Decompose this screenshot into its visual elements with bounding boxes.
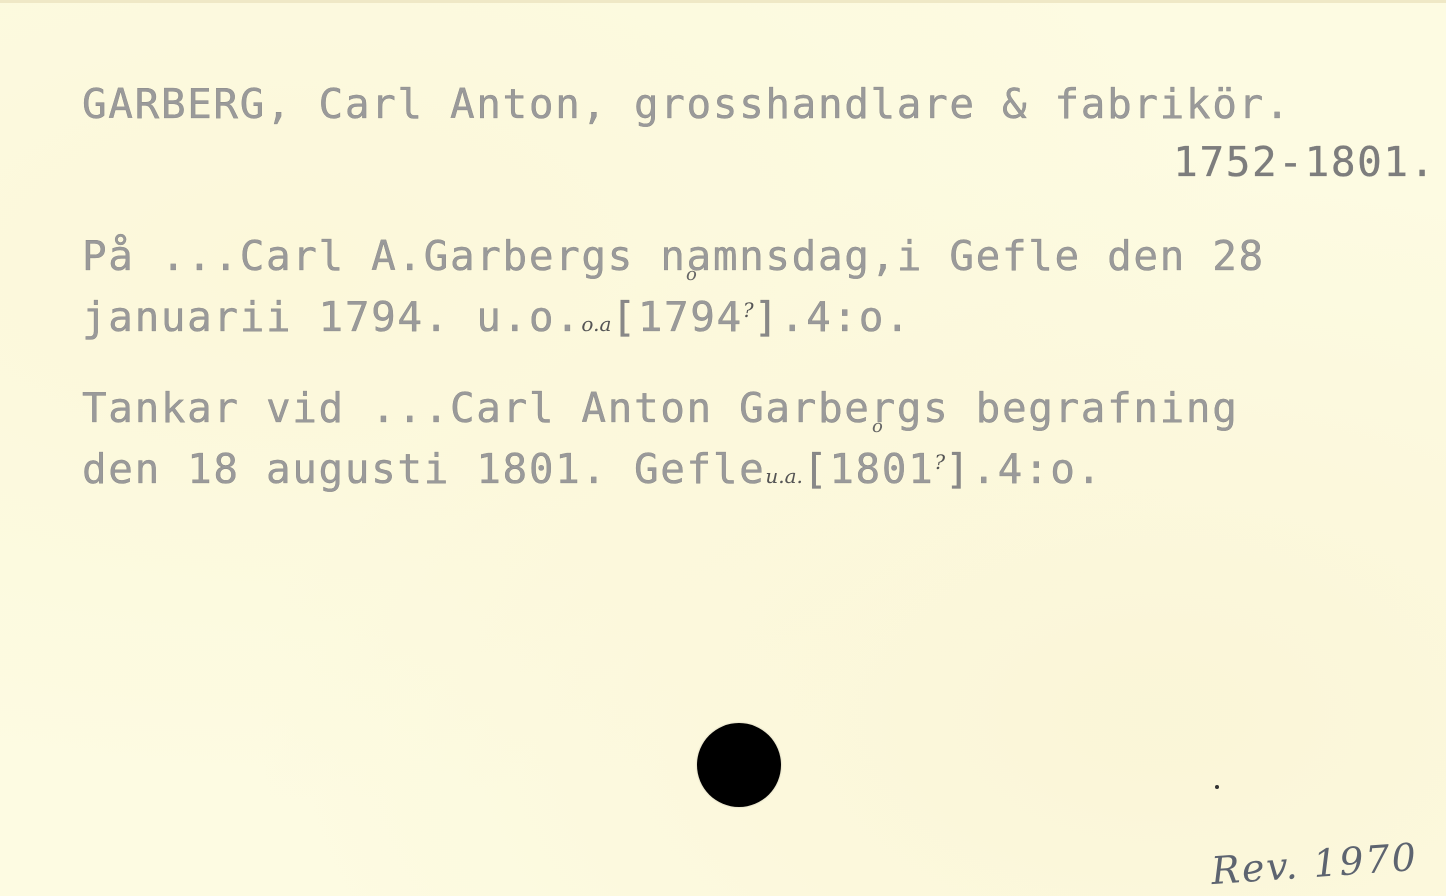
entry-1-line-1: På ...Carl A.Garbergs namnsdag,i Gefle d… — [82, 232, 1265, 280]
catalog-card: GARBERG, Carl Anton, grosshandlare & fab… — [0, 0, 1446, 896]
card-heading: GARBERG, Carl Anton, grosshandlare & fab… — [82, 80, 1291, 128]
entry-2-query-mark: ? — [934, 450, 945, 474]
handwritten-revision-note: Rev. 1970 — [1210, 835, 1420, 893]
entry-2-line-1: Tankar vid ...Carl Anton Garbergs begraf… — [82, 384, 1239, 432]
card-heading-years: 1752-1801. — [1173, 138, 1436, 186]
entry-1-query-mark: ? — [743, 298, 754, 322]
entry-2-line-2-prefix: den 18 augusti 1801. Gefle — [82, 445, 765, 493]
entry-2-line-2: den 18 augusti 1801. Gefleu.a.[1801?].4:… — [82, 438, 1103, 500]
ink-speck — [1215, 785, 1219, 789]
entry-1-sup-annotation: o — [686, 264, 697, 285]
entry-1-line-2-prefix: januarii 1794. u.o. — [82, 293, 581, 341]
entry-1-bracket-close: ] — [754, 293, 780, 341]
punch-hole — [697, 723, 781, 807]
entry-2-format: .4:o. — [971, 445, 1102, 493]
entry-2-year: 1801 — [829, 445, 934, 493]
entry-1-handwritten-annotation: o.a — [581, 312, 611, 336]
entry-1-format: .4:o. — [780, 293, 911, 341]
entry-2-sup-annotation: o — [872, 416, 883, 437]
entry-1-line-2: januarii 1794. u.o.o.a[1794?].4:o. — [82, 286, 911, 348]
entry-2-bracket-open: [ — [803, 445, 829, 493]
entry-1-bracket-open: [ — [611, 293, 637, 341]
entry-2-handwritten-annotation: u.a. — [765, 464, 803, 488]
entry-2-bracket-close: ] — [945, 445, 971, 493]
entry-1-year: 1794 — [638, 293, 743, 341]
